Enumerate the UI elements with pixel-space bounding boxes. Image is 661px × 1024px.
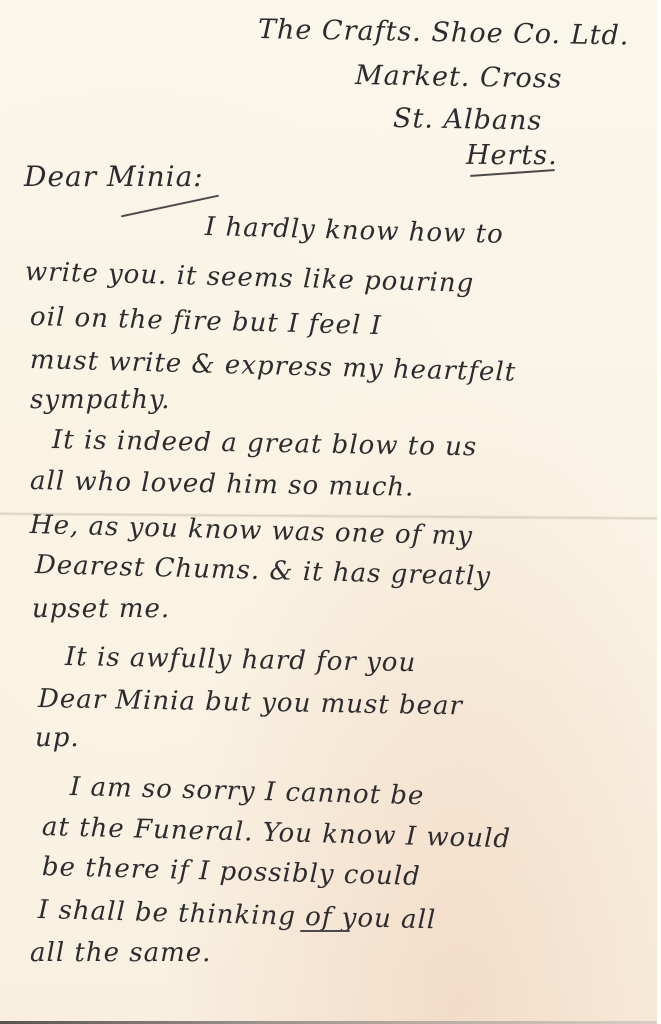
address-line-4: Herts. bbox=[466, 140, 558, 171]
body-line: I am so sorry I cannot be bbox=[70, 772, 425, 811]
address-line-1: The Crafts. Shoe Co. Ltd. bbox=[258, 14, 630, 51]
body-line: I shall be thinking of you all bbox=[38, 895, 437, 935]
body-line: sympathy. bbox=[30, 385, 171, 415]
address-line-3: St. Albans bbox=[393, 103, 543, 137]
body-line: up. bbox=[35, 723, 80, 753]
thinking-underline bbox=[300, 930, 350, 932]
body-line: Dearest Chums. & it has greatly bbox=[35, 550, 492, 592]
body-line: be there if I possibly could bbox=[42, 852, 421, 892]
body-line: I hardly know how to bbox=[205, 212, 505, 250]
body-line: Dear Minia but you must bear bbox=[38, 684, 464, 721]
address-line-2: Market. Cross bbox=[355, 60, 563, 95]
letter-page: The Crafts. Shoe Co. Ltd. Market. Cross … bbox=[0, 0, 657, 1024]
body-line: at the Funeral. You know I would bbox=[42, 812, 512, 854]
body-line: It is indeed a great blow to us bbox=[52, 425, 478, 462]
body-line: upset me. bbox=[32, 594, 170, 624]
body-line: all who loved him so much. bbox=[30, 466, 415, 503]
body-line: all the same. bbox=[30, 938, 211, 968]
body-line: must write & express my heartfelt bbox=[30, 345, 517, 388]
body-line: write you. it seems like pouring bbox=[25, 257, 475, 299]
body-line: It is awfully hard for you bbox=[65, 642, 417, 678]
body-line: oil on the fire but I feel I bbox=[30, 302, 383, 341]
salutation: Dear Minia: bbox=[24, 160, 204, 193]
